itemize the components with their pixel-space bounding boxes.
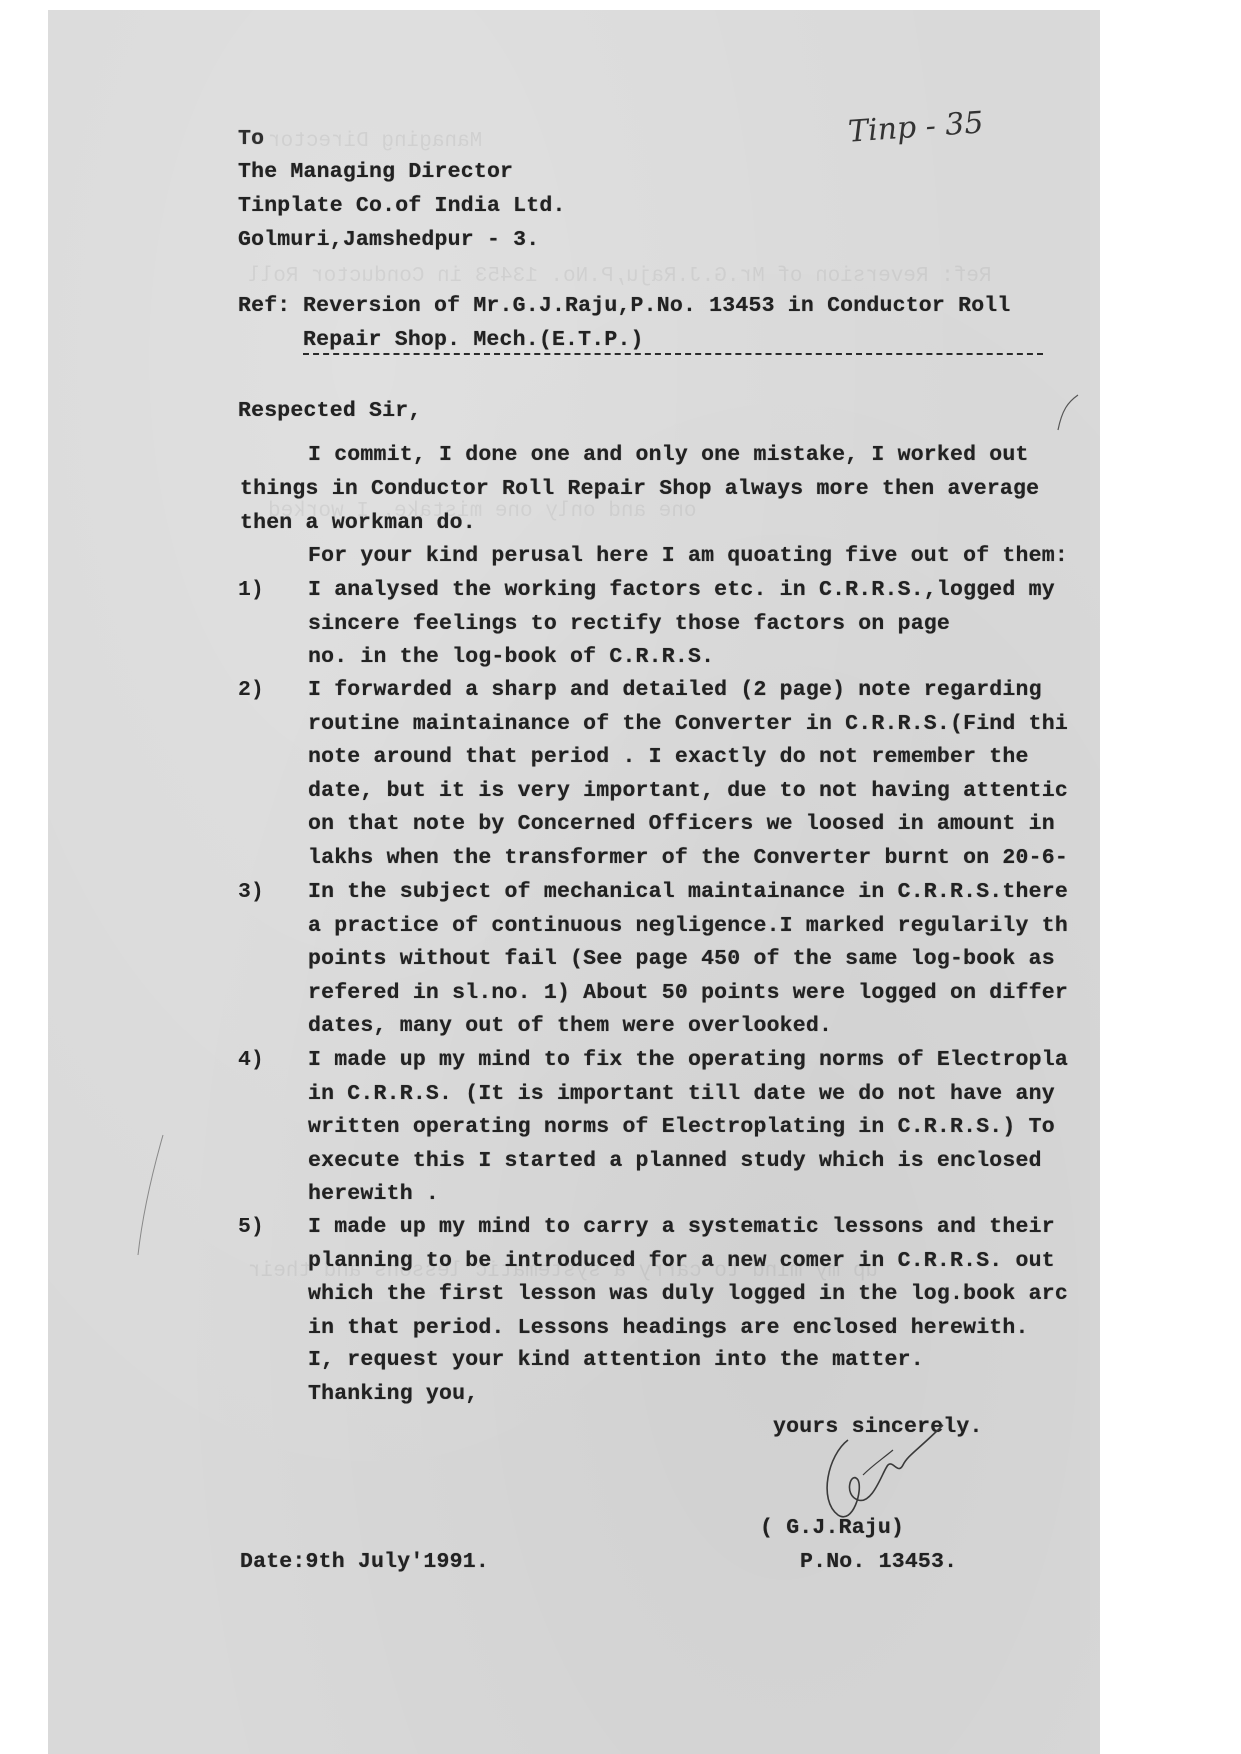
point-4-line: written operating norms of Electroplatin… — [308, 1115, 1055, 1139]
point-3-line: In the subject of mechanical maintainanc… — [308, 880, 1068, 904]
intro-line-3: then a workman do. — [240, 511, 476, 535]
point-2-line: note around that period . I exactly do n… — [308, 745, 1029, 769]
point-3-line: points without fail (See page 450 of the… — [308, 947, 1055, 971]
closing-thanks: Thanking you, — [308, 1382, 478, 1406]
point-5-line: planning to be introduced for a new come… — [308, 1249, 1055, 1273]
point-3-line: a practice of continuous negligence.I ma… — [308, 914, 1068, 938]
valediction: yours sincerely. — [773, 1415, 983, 1439]
point-2-line: on that note by Concerned Officers we lo… — [308, 812, 1055, 836]
letter-page: Managing Director Ref: Reversion of Mr.G… — [48, 10, 1100, 1754]
intro-line-4: For your kind perusal here I am quoating… — [308, 544, 1068, 568]
closing-request: I, request your kind attention into the … — [308, 1348, 924, 1372]
reference-label: Ref: — [238, 294, 290, 318]
point-4-line: I made up my mind to fix the operating n… — [308, 1048, 1068, 1072]
point-number: 5) — [238, 1215, 264, 1239]
point-2-line: lakhs when the transformer of the Conver… — [308, 846, 1068, 870]
margin-mark-icon — [1048, 390, 1088, 440]
addressee-line-1: The Managing Director — [238, 160, 513, 184]
point-5-line: which the first lesson was duly logged i… — [308, 1282, 1068, 1306]
letter-date: Date:9th July'1991. — [240, 1550, 489, 1574]
addressee-line-2: Tinplate Co.of India Ltd. — [238, 194, 566, 218]
point-1-line: sincere feelings to rectify those factor… — [308, 612, 950, 636]
point-2-line: routine maintainance of the Converter in… — [308, 712, 1068, 736]
point-3-line: refered in sl.no. 1) About 50 points wer… — [308, 981, 1068, 1005]
point-number: 2) — [238, 678, 264, 702]
point-1-line: no. in the log-book of C.R.R.S. — [308, 645, 714, 669]
point-2-line: date, but it is very important, due to n… — [308, 779, 1068, 803]
point-number: 1) — [238, 578, 264, 602]
reference-line-1: Reversion of Mr.G.J.Raju,P.No. 13453 in … — [303, 294, 1011, 318]
addressee-to-label: To — [238, 127, 264, 151]
point-4-line: in C.R.R.S. (It is important till date w… — [308, 1082, 1055, 1106]
signatory-name: ( G.J.Raju) — [760, 1516, 904, 1540]
point-1-line: I analysed the working factors etc. in C… — [308, 578, 1055, 602]
margin-mark-icon — [133, 1130, 173, 1260]
bleed-through-text: Managing Director — [268, 130, 482, 153]
handwritten-file-mark: Tinp - 35 — [847, 105, 985, 149]
intro-line-1: I commit, I done one and only one mistak… — [308, 443, 1029, 467]
salutation: Respected Sir, — [238, 399, 421, 423]
point-4-line: herewith . — [308, 1182, 439, 1206]
point-5-line: I made up my mind to carry a systematic … — [308, 1215, 1055, 1239]
intro-line-2: things in Conductor Roll Repair Shop alw… — [240, 477, 1039, 501]
point-2-line: I forwarded a sharp and detailed (2 page… — [308, 678, 1042, 702]
point-number: 4) — [238, 1048, 264, 1072]
point-number: 3) — [238, 880, 264, 904]
point-3-line: dates, many out of them were overlooked. — [308, 1014, 832, 1038]
point-4-line: execute this I started a planned study w… — [308, 1149, 1042, 1173]
reference-underline — [303, 353, 1043, 355]
bleed-through-text: Ref: Reversion of Mr.G.J.Raju,P.No. 1345… — [248, 265, 992, 288]
point-5-line: in that period. Lessons headings are enc… — [308, 1316, 1029, 1340]
addressee-line-3: Golmuri,Jamshedpur - 3. — [238, 228, 539, 252]
signatory-pno: P.No. 13453. — [800, 1550, 957, 1574]
reference-line-2: Repair Shop. Mech.(E.T.P.) — [303, 328, 644, 352]
